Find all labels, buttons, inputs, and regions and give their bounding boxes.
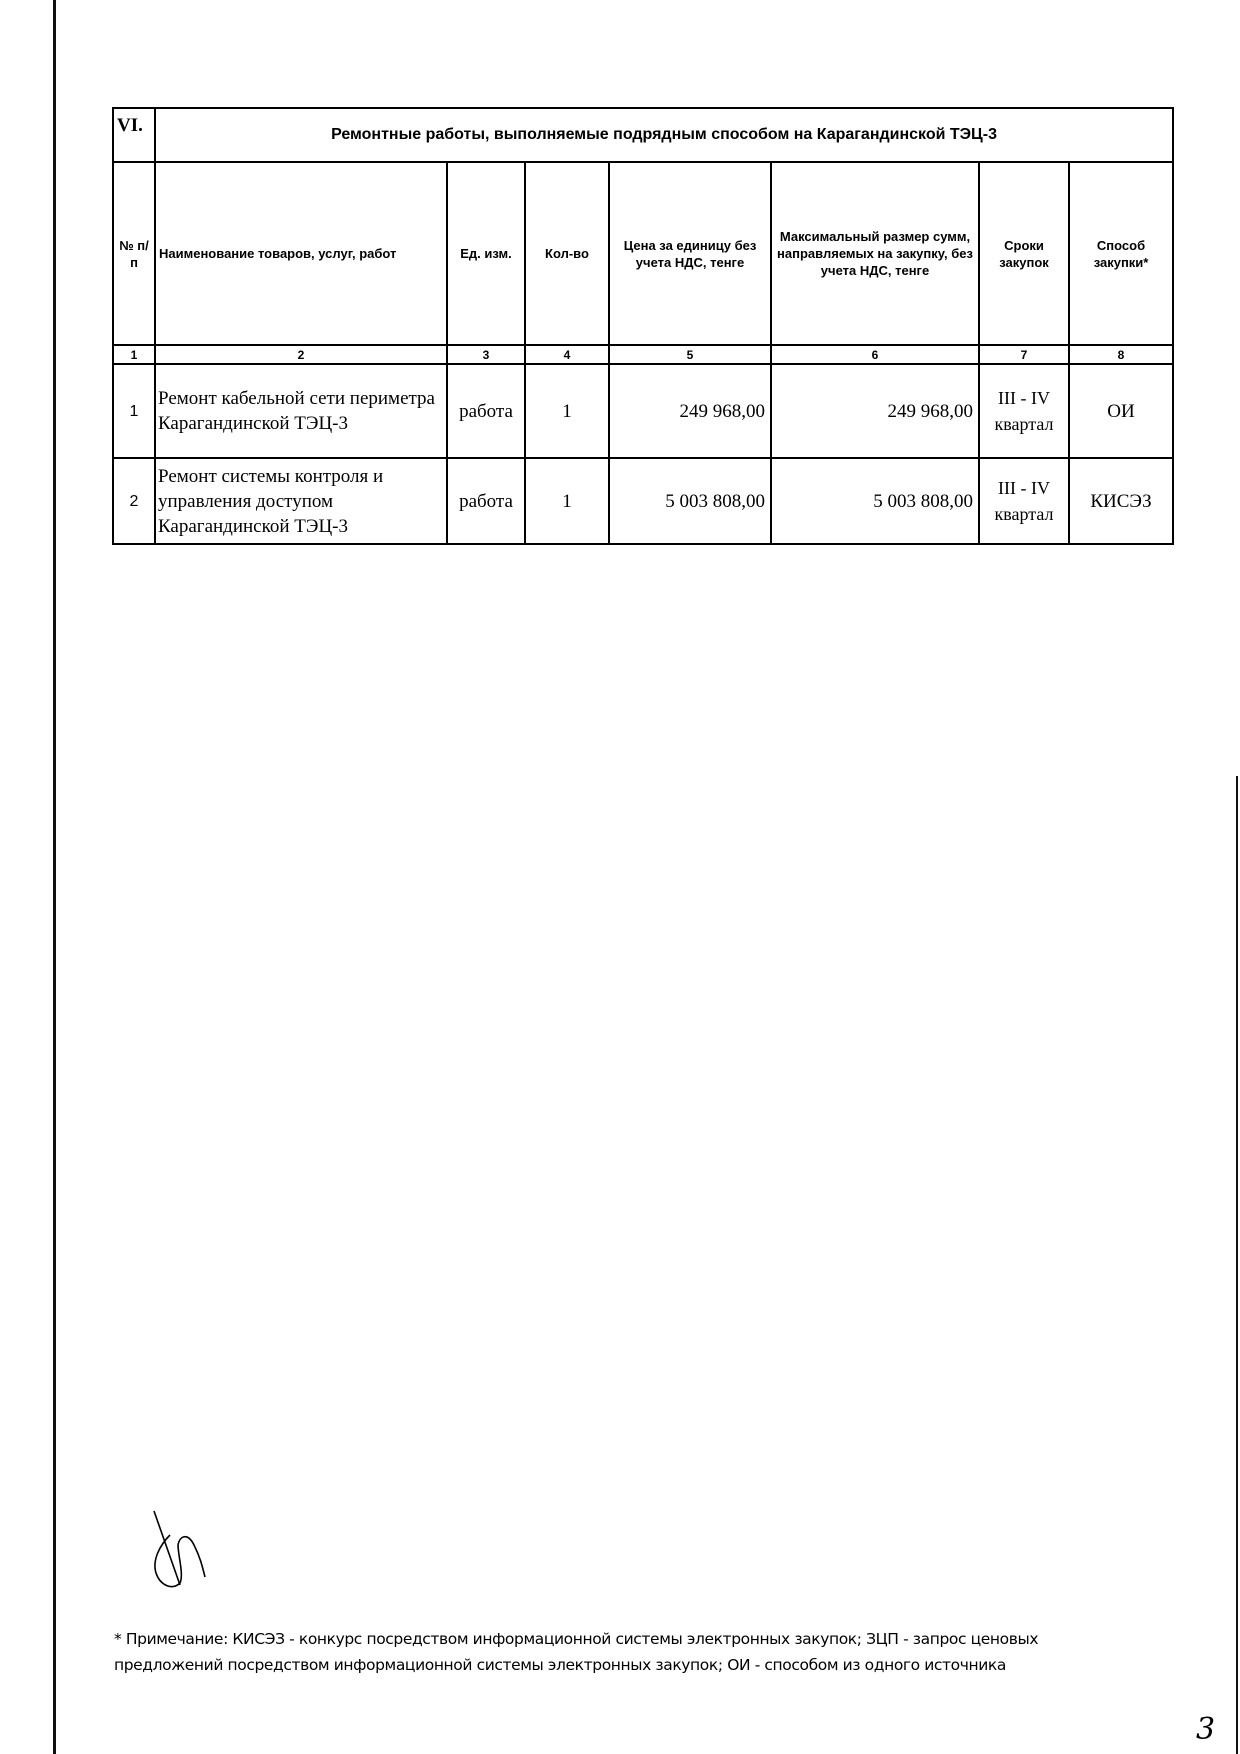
row-index: 2 bbox=[113, 458, 155, 544]
row-unit-price: 249 968,00 bbox=[609, 364, 771, 458]
header-period: Сроки закупок bbox=[979, 162, 1069, 345]
column-number-row: 1 2 3 4 5 6 7 8 bbox=[113, 345, 1173, 364]
row-unit: работа bbox=[447, 458, 525, 544]
footnote: * Примечание: КИСЭЗ - конкурс посредство… bbox=[114, 1626, 1074, 1678]
row-unit-price: 5 003 808,00 bbox=[609, 458, 771, 544]
column-number: 2 bbox=[155, 345, 447, 364]
section-title: Ремонтные работы, выполняемые подрядным … bbox=[155, 108, 1173, 162]
row-name: Ремонт кабельной сети периметра Караганд… bbox=[155, 364, 447, 458]
page-number: 3 bbox=[1196, 1712, 1215, 1747]
row-period-quarters: III - IV bbox=[998, 478, 1050, 498]
column-number: 3 bbox=[447, 345, 525, 364]
row-index: 1 bbox=[113, 364, 155, 458]
row-unit: работа bbox=[447, 364, 525, 458]
column-number: 4 bbox=[525, 345, 609, 364]
scan-edge-left bbox=[53, 0, 56, 1754]
header-index: № п/п bbox=[113, 162, 155, 345]
row-period-quarters: III - IV bbox=[998, 388, 1050, 408]
header-quantity: Кол-во bbox=[525, 162, 609, 345]
column-number: 1 bbox=[113, 345, 155, 364]
header-unit: Ед. изм. bbox=[447, 162, 525, 345]
row-period-unit: квартал bbox=[995, 504, 1054, 524]
table-row: 2 Ремонт системы контроля и управления д… bbox=[113, 458, 1173, 544]
table-row: 1 Ремонт кабельной сети периметра Карага… bbox=[113, 364, 1173, 458]
section-title-row: VI. Ремонтные работы, выполняемые подряд… bbox=[113, 108, 1173, 162]
header-row: № п/п Наименование товаров, услуг, работ… bbox=[113, 162, 1173, 345]
row-period: III - IVквартал bbox=[979, 364, 1069, 458]
column-number: 8 bbox=[1069, 345, 1173, 364]
column-number: 7 bbox=[979, 345, 1069, 364]
header-max-amount: Максимальный размер сумм, направляемых н… bbox=[771, 162, 979, 345]
header-name: Наименование товаров, услуг, работ bbox=[155, 162, 447, 345]
section-number: VI. bbox=[113, 108, 155, 162]
row-method: КИСЭЗ bbox=[1069, 458, 1173, 544]
row-method: ОИ bbox=[1069, 364, 1173, 458]
header-method: Способ закупки* bbox=[1069, 162, 1173, 345]
scan-edge-right bbox=[1236, 776, 1238, 1754]
signature-icon bbox=[150, 1505, 210, 1600]
row-period: III - IVквартал bbox=[979, 458, 1069, 544]
column-number: 5 bbox=[609, 345, 771, 364]
row-period-unit: квартал bbox=[995, 414, 1054, 434]
header-unit-price: Цена за единицу без учета НДС, тенге bbox=[609, 162, 771, 345]
row-max-amount: 5 003 808,00 bbox=[771, 458, 979, 544]
row-name: Ремонт системы контроля и управления дос… bbox=[155, 458, 447, 544]
row-quantity: 1 bbox=[525, 458, 609, 544]
row-quantity: 1 bbox=[525, 364, 609, 458]
procurement-table: VI. Ремонтные работы, выполняемые подряд… bbox=[112, 107, 1174, 545]
column-number: 6 bbox=[771, 345, 979, 364]
row-max-amount: 249 968,00 bbox=[771, 364, 979, 458]
